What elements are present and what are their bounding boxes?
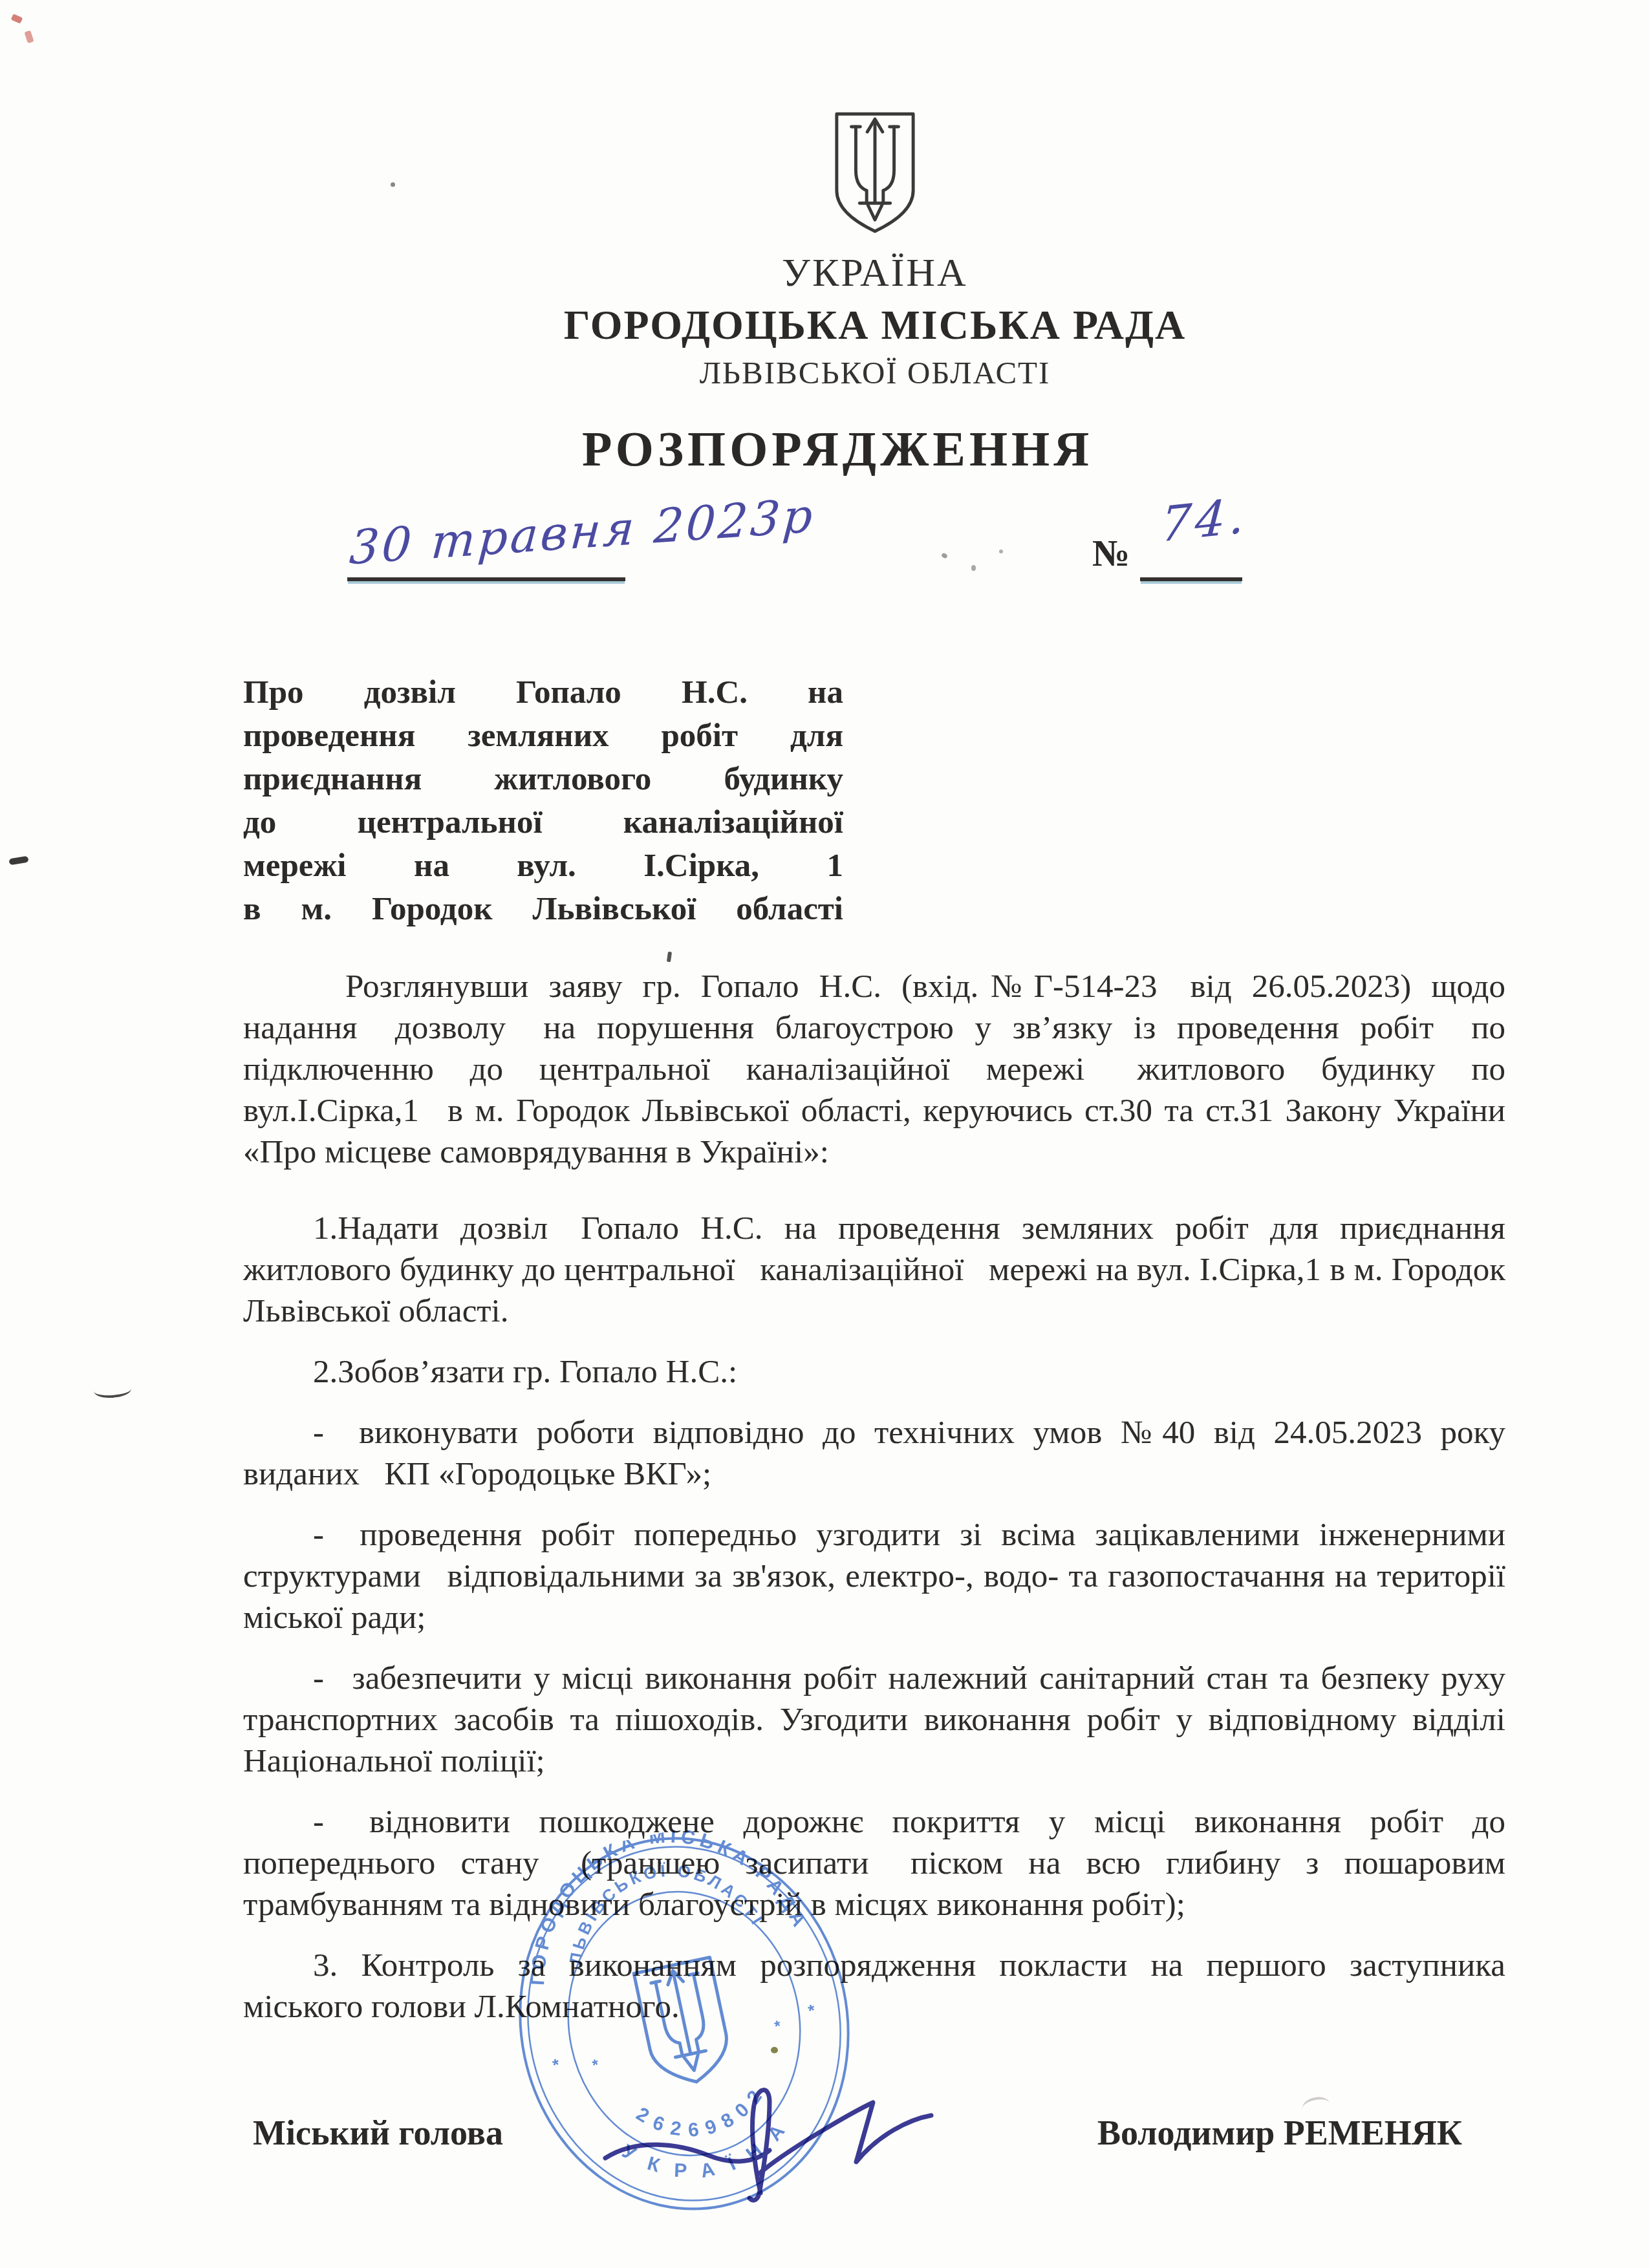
scan-artifact-pen-arc: [93, 1381, 132, 1399]
subject-line: приєднання житлового будинку: [243, 758, 843, 801]
scan-artifact-red-mark: [24, 30, 34, 43]
scan-artifact-ink-dash: [8, 856, 28, 866]
council-name: ГОРОДОЦЬКА МІСЬКА РАДА: [50, 301, 1649, 349]
handwritten-date: 30 травня 2023р: [348, 488, 817, 575]
mayor-signature: [600, 2066, 975, 2205]
scan-artifact-speck: [941, 552, 948, 559]
resolution-item-2: 2.Зобов’язати гр. Гопало Н.С.:: [243, 1351, 1505, 1393]
subject-line: до центральної каналізаційної: [243, 801, 843, 844]
preamble-paragraph: Розглянувши заяву гр. Гопало Н.С. (вхід.…: [243, 966, 1505, 1173]
stamp-star-separator: *: [806, 2000, 817, 2021]
region-name: ЛЬВІВСЬКОЇ ОБЛАСТІ: [50, 354, 1649, 391]
subject-line: в м. Городок Львівської області: [243, 888, 843, 931]
subject-line: мережі на вул. І.Сірка, 1: [243, 844, 843, 888]
document-header: УКРАЇНА ГОРОДОЦЬКА МІСЬКА РАДА ЛЬВІВСЬКО…: [50, 109, 1649, 391]
country-name: УКРАЇНА: [50, 250, 1649, 296]
stamp-star-separator: *: [591, 2056, 601, 2074]
date-underline: [347, 577, 625, 581]
coat-of-arms-tryzub-icon: [830, 109, 920, 237]
stamp-star-separator: *: [551, 2055, 562, 2075]
obligation-bullet: - проведення робіт попередньо узгодити з…: [243, 1514, 1505, 1638]
number-underline: [1140, 577, 1242, 581]
document-body: Розглянувши заяву гр. Гопало Н.С. (вхід.…: [243, 966, 1505, 2047]
signer-position: Міський голова: [253, 2113, 503, 2153]
scan-artifact-speck: [667, 952, 672, 963]
resolution-item-1: 1.Надати дозвіл Гопало Н.С. на проведенн…: [243, 1208, 1505, 1332]
obligation-bullet: - виконувати роботи відповідно до техніч…: [243, 1412, 1505, 1495]
scanned-document-page: УКРАЇНА ГОРОДОЦЬКА МІСЬКА РАДА ЛЬВІВСЬКО…: [0, 0, 1649, 2268]
number-sign-label: №: [1092, 531, 1130, 575]
stamp-star-separator: *: [773, 2017, 782, 2035]
document-type-title: РОЗПОРЯДЖЕННЯ: [13, 422, 1649, 478]
subject-line: Про дозвіл Гопало Н.С. на: [243, 671, 843, 714]
subject-block: Про дозвіл Гопало Н.С. на проведення зем…: [243, 671, 843, 931]
scan-artifact-red-mark: [11, 14, 23, 24]
subject-line: проведення земляних робіт для: [243, 714, 843, 758]
obligation-bullet: - забезпечити у місці виконання робіт на…: [243, 1658, 1505, 1782]
obligation-bullet: - відновити пошкоджене дорожнє покриття …: [243, 1801, 1505, 1925]
signer-name: Володимир РЕМЕНЯК: [1097, 2113, 1507, 2153]
resolution-item-3: 3. Контроль за виконанням розпорядження …: [243, 1945, 1505, 2027]
scan-artifact-speck: [999, 550, 1003, 553]
scan-artifact-speck: [971, 565, 976, 571]
handwritten-number: 74.: [1159, 487, 1250, 553]
